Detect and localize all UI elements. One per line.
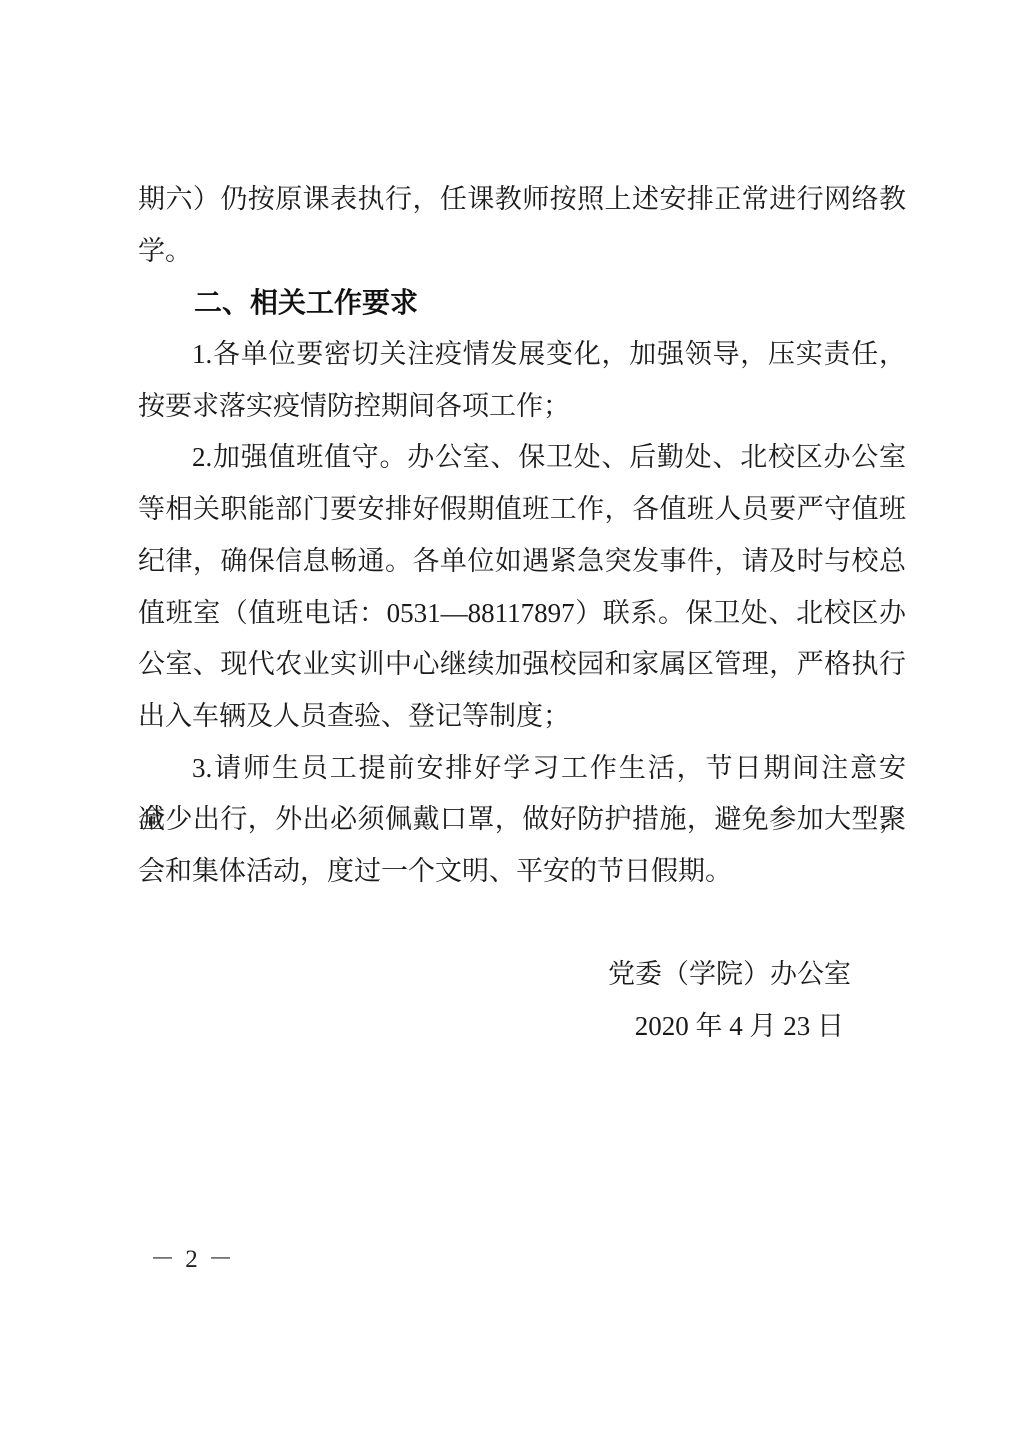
blank-line [138,898,906,950]
section-heading: 二、相关工作要求 [138,277,906,329]
paragraph-2-line: 2.加强值班值守。办公室、保卫处、后勤处、北校区办公室 [138,432,906,484]
signature-date: 2020 年 4 月 23 日 [138,1001,906,1053]
paragraph-1-line: 1.各单位要密切关注疫情发展变化，加强领导，压实责任， [138,329,906,381]
document-page: 期六）仍按原课表执行，任课教师按照上述安排正常进行网络教 学。 二、相关工作要求… [0,0,1024,1448]
document-body: 期六）仍按原课表执行，任课教师按照上述安排正常进行网络教 学。 二、相关工作要求… [138,174,906,1053]
continuation-paragraph-line: 学。 [138,226,906,278]
signature-office: 党委（学院）办公室 [138,949,906,1001]
paragraph-3-line: 减少出行，外出必须佩戴口罩，做好防护措施，避免参加大型聚 [138,794,906,846]
paragraph-2-line: 值班室（值班电话：0531—88117897）联系。保卫处、北校区办 [138,588,906,640]
page-number: － 2 － [150,1243,235,1277]
paragraph-3-line: 3.请师生员工提前安排好学习工作生活，节日期间注意安全， [138,743,906,795]
paragraph-2-line: 公室、现代农业实训中心继续加强校园和家属区管理，严格执行 [138,639,906,691]
paragraph-2-line: 出入车辆及人员查验、登记等制度； [138,691,906,743]
paragraph-2-line: 纪律，确保信息畅通。各单位如遇紧急突发事件，请及时与校总 [138,536,906,588]
paragraph-3-line: 会和集体活动，度过一个文明、平安的节日假期。 [138,846,906,898]
paragraph-2-line: 等相关职能部门要安排好假期值班工作，各值班人员要严守值班 [138,484,906,536]
continuation-paragraph-line: 期六）仍按原课表执行，任课教师按照上述安排正常进行网络教 [138,174,906,226]
paragraph-1-line: 按要求落实疫情防控期间各项工作； [138,381,906,433]
